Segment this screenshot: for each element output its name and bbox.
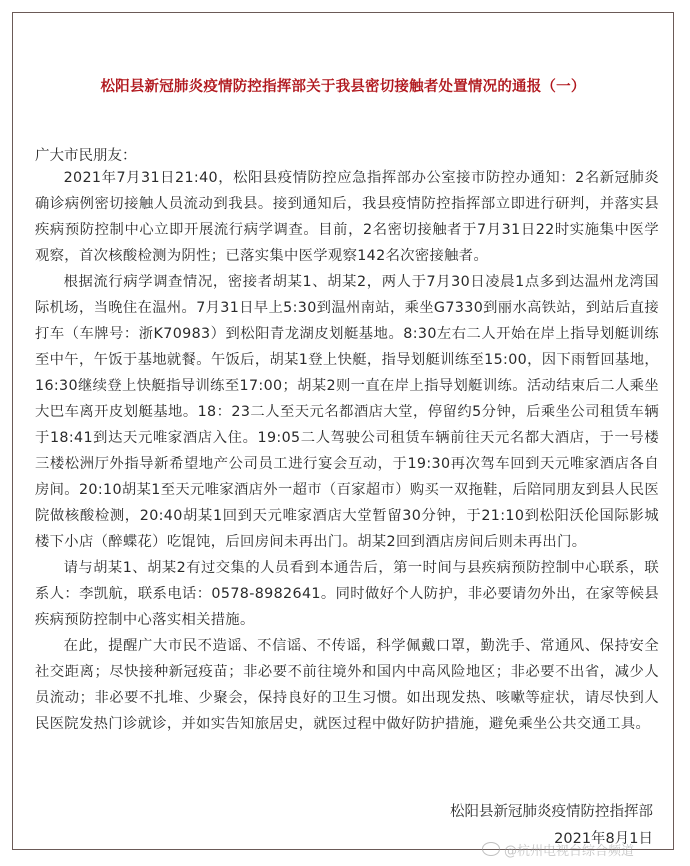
notice-frame: 松阳县新冠肺炎疫情防控指挥部关于我县密切接触者处置情况的通报（一） 广大市民朋友… [12,12,674,850]
issuer-name: 松阳县新冠肺炎疫情防控指挥部 [450,799,653,826]
notice-body: 2021年7月31日21:40，松阳县疫情防控应急指挥部办公室接市防控办通知：2… [35,165,659,737]
notice-title: 松阳县新冠肺炎疫情防控指挥部关于我县密切接触者处置情况的通报（一） [13,75,673,96]
paragraph-reminder: 在此，提醒广大市民不造谣、不信谣、不传谣，科学佩戴口罩，勤洗手、常通风、保持安全… [35,633,659,737]
paragraph-contact: 请与胡某1、胡某2有过交集的人员看到本通告后，第一时间与县疾病预防控制中心联系，… [35,555,659,633]
weibo-icon [482,842,500,856]
paragraph-itinerary: 根据流行病学调查情况，密接者胡某1、胡某2，两人于7月30日凌晨1点多到达温州龙… [35,269,659,555]
salutation: 广大市民朋友： [35,144,137,165]
watermark: @杭州电视台综合频道 [482,838,690,860]
watermark-text: @杭州电视台综合频道 [504,840,634,859]
paragraph-notification: 2021年7月31日21:40，松阳县疫情防控应急指挥部办公室接市防控办通知：2… [35,165,659,269]
